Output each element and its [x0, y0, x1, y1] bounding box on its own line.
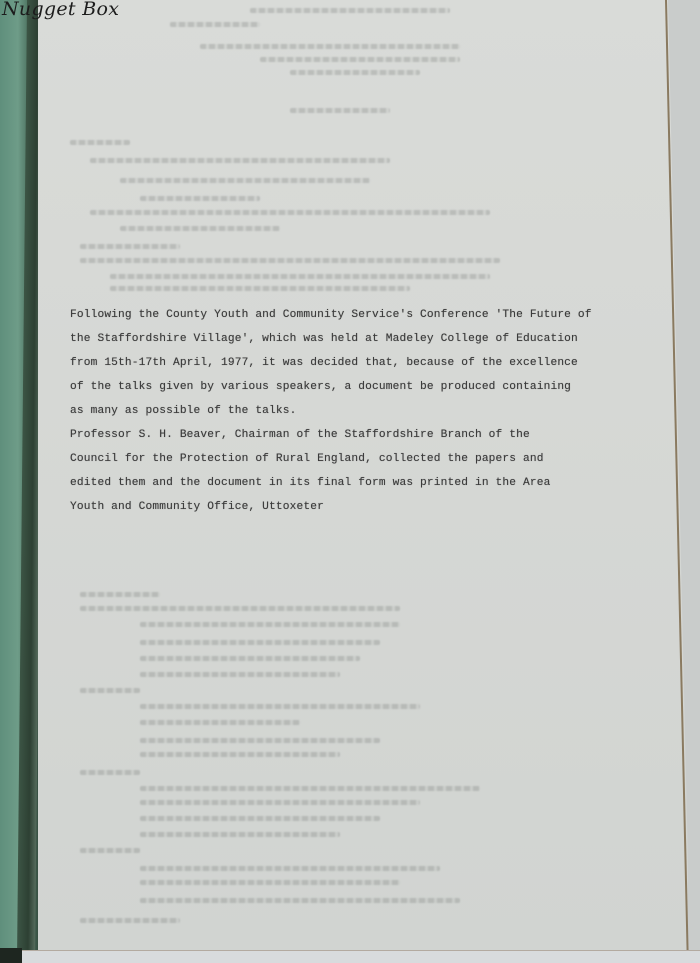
- show-through-line: [120, 226, 280, 231]
- show-through-line: [290, 108, 390, 113]
- typed-line: Youth and Community Office, Uttoxeter: [70, 495, 670, 519]
- show-through-line: [80, 918, 180, 923]
- bottom-corner-shadow: [0, 948, 22, 963]
- show-through-line: [140, 656, 360, 661]
- show-through-line: [80, 592, 160, 597]
- show-through-line: [140, 786, 480, 791]
- watermark: Nugget Box: [2, 0, 119, 20]
- typed-line: the Staffordshire Village', which was he…: [70, 327, 670, 351]
- show-through-line: [80, 688, 140, 693]
- show-through-line: [200, 44, 460, 49]
- show-through-line: [80, 606, 400, 611]
- show-through-line: [80, 848, 140, 853]
- show-through-line: [80, 244, 180, 249]
- show-through-line: [140, 738, 380, 743]
- show-through-line: [260, 57, 460, 62]
- show-through-line: [140, 672, 340, 677]
- show-through-line: [140, 816, 380, 821]
- show-through-line: [140, 704, 420, 709]
- show-through-line: [140, 832, 340, 837]
- show-through-line: [120, 178, 370, 183]
- typed-line: edited them and the document in its fina…: [70, 471, 670, 495]
- show-through-line: [250, 8, 450, 13]
- show-through-line: [140, 720, 300, 725]
- typed-line: as many as possible of the talks.: [70, 399, 670, 423]
- show-through-line: [140, 880, 400, 885]
- typed-line: of the talks given by various speakers, …: [70, 375, 670, 399]
- typed-line: from 15th-17th April, 1977, it was decid…: [70, 351, 670, 375]
- show-through-line: [140, 866, 440, 871]
- show-through-line: [80, 258, 500, 263]
- show-through-line: [140, 800, 420, 805]
- show-through-line: [140, 898, 460, 903]
- show-through-line: [80, 770, 140, 775]
- show-through-line: [140, 752, 340, 757]
- show-through-line: [110, 286, 410, 291]
- show-through-line: [140, 196, 260, 201]
- show-through-line: [170, 22, 260, 27]
- typed-line: Professor S. H. Beaver, Chairman of the …: [70, 423, 670, 447]
- show-through-line: [90, 210, 490, 215]
- typed-line: Council for the Protection of Rural Engl…: [70, 447, 670, 471]
- show-through-line: [140, 622, 400, 627]
- show-through-line: [90, 158, 390, 163]
- show-through-line: [70, 140, 130, 145]
- show-through-line: [140, 640, 380, 645]
- typed-line: Following the County Youth and Community…: [70, 303, 670, 327]
- show-through-line: [290, 70, 420, 75]
- show-through-line: [110, 274, 490, 279]
- bottom-page-strip: [20, 950, 700, 963]
- typed-paragraph: Following the County Youth and Community…: [70, 303, 670, 519]
